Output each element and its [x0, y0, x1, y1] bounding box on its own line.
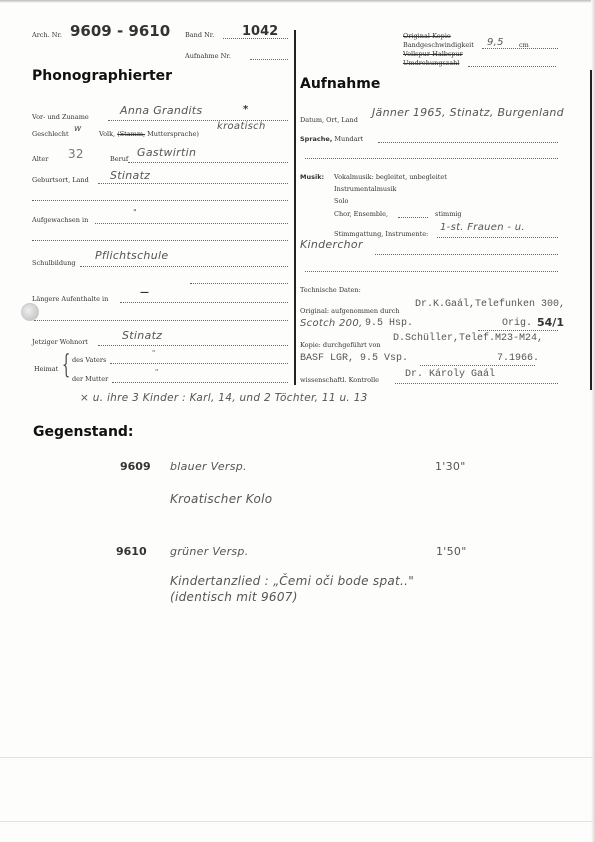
alter-value: 32: [68, 147, 84, 161]
umdrehungszahl-line: [468, 66, 556, 67]
item-duration: 1'50": [436, 545, 467, 558]
technische-daten-label: Technische Daten:: [300, 286, 361, 294]
volk-label-text: Volk,: [99, 130, 115, 138]
original-value-2-handwritten: Scotch 200,: [300, 318, 362, 329]
schulbildung-line-2: [190, 283, 288, 284]
musik-item: Instrumentalmusik: [334, 185, 396, 193]
schulbildung-label: Schulbildung: [32, 259, 76, 267]
original-value-2-orig: Orig.: [502, 318, 532, 329]
vollspur-halbspur: Vollspur-Halbspur: [403, 50, 463, 58]
aufgewachsen-label: Aufgewachsen in: [32, 216, 88, 224]
scan-artifact: [0, 757, 595, 758]
item-description: grüner Versp.: [170, 545, 249, 558]
stimmig-label: stimmig: [435, 210, 462, 218]
sprache-label: Sprache, Mundart: [300, 135, 363, 143]
bandgeschwindigkeit-value: 9,5: [487, 37, 504, 48]
aufgewachsen-value: ": [133, 208, 137, 217]
band-nr-value: 1042: [242, 24, 278, 39]
schulbildung-value: Pflichtschule: [95, 249, 168, 262]
item-note: (identisch mit 9607): [170, 590, 298, 604]
kopie-value-2: BASF LGR, 9.5 Vsp.: [300, 353, 408, 364]
wohnort-line: [98, 345, 288, 346]
musik-item: Chor, Ensemble,: [334, 210, 388, 218]
umdrehungszahl: Umdrehungszahl: [403, 59, 459, 67]
kopie-date: 7.1966.: [497, 353, 539, 364]
stimmgattung-label: Stimmgattung, Instrumente:: [334, 230, 428, 238]
punch-hole: [21, 303, 39, 321]
kopie-value-1: D.Schüller,Telef.M23-M24,: [393, 333, 543, 344]
laengere-aufenthalte-label: Längere Aufenthalte in: [32, 295, 108, 303]
column-divider: [294, 30, 296, 385]
beruf-value: Gastwirtin: [137, 146, 196, 159]
name-mark: *: [243, 104, 248, 115]
wohnort-value: Stinatz: [122, 329, 162, 342]
mundart-label: Mundart: [334, 135, 363, 143]
aufgewachsen-line: [95, 223, 288, 224]
stimmgattung-value-2: Kinderchor: [300, 238, 363, 251]
sprache-label-bold: Sprache,: [300, 135, 332, 143]
kopie-date-line: [420, 365, 535, 366]
aufnahme-nr-label: Aufnahme Nr.: [185, 52, 231, 60]
geburtsort-line: [98, 183, 288, 184]
name-value: Anna Grandits: [120, 104, 202, 117]
datum-label: Datum, Ort, Land: [300, 116, 358, 124]
musik-label: Musik:: [300, 173, 324, 181]
stimmgattung-line-3: [305, 271, 558, 272]
muttersprache-label: Muttersprache): [147, 130, 199, 138]
wohnort-label: Jetziger Wohnort: [32, 338, 88, 346]
kopie-label: Kopie: durchgeführt von: [300, 341, 381, 349]
kontrolle-line: [395, 383, 558, 384]
aufgewachsen-line-2: [32, 240, 288, 241]
page-edge: [0, 0, 595, 3]
item-title: Kindertanzlied : „Čemi oči bode spat..": [170, 574, 414, 588]
original-value-1: Dr.K.Gaál,Telefunken 300,: [415, 299, 565, 310]
right-border: [590, 70, 592, 390]
aufnahme-nr-line: [250, 59, 288, 60]
sprache-line: [378, 142, 558, 143]
arch-nr-label: Arch. Nr.: [32, 31, 62, 39]
geschlecht-label: Geschlecht: [32, 130, 69, 138]
stimmgattung-value: 1-st. Frauen - u.: [440, 222, 525, 233]
mutter-line: [112, 382, 288, 383]
vater-value: ": [152, 349, 156, 357]
band-nr-label: Band Nr.: [185, 31, 214, 39]
gegenstand-heading: Gegenstand:: [33, 424, 134, 440]
sprache-line-2: [305, 158, 558, 159]
kontrolle-value: Dr. Károly Gaál: [405, 369, 495, 380]
phonographierter-heading: Phonographierter: [32, 68, 172, 84]
musik-item: Solo: [334, 197, 348, 205]
arch-nr-value: 9609 - 9610: [70, 22, 170, 40]
mutter-label: der Mutter: [72, 375, 108, 383]
item-description: blauer Versp.: [170, 460, 247, 473]
mutter-value: ": [155, 368, 159, 376]
stimmgattung-line-2: [375, 254, 558, 255]
kontrolle-label: wissenschaftl. Kontrolle: [300, 376, 379, 384]
beruf-line: [128, 162, 288, 163]
bandgeschwindigkeit-unit: cm: [519, 41, 529, 49]
volk-value: kroatisch: [217, 121, 266, 132]
geschlecht-value: w: [74, 124, 82, 134]
original-value-2-speed: 9.5 Hsp.: [365, 318, 413, 329]
beruf-label: Beruf: [110, 155, 128, 163]
item-title: Kroatischer Kolo: [170, 492, 272, 506]
item-number: 9609: [120, 460, 151, 473]
vater-line: [110, 363, 288, 364]
laengere-value: —: [140, 288, 149, 298]
original-label: Original: aufgenommen durch: [300, 307, 399, 315]
laengere-line: [120, 302, 288, 303]
footnote-handwritten: × u. ihre 3 Kinder : Karl, 14, und 2 Töc…: [80, 392, 368, 404]
alter-label: Alter: [32, 155, 48, 163]
volk-label: Volk, (Stamm, Muttersprache): [99, 130, 199, 138]
scan-artifact: [0, 821, 595, 822]
stamm-label-struck: (Stamm,: [117, 130, 145, 138]
orig-line: [478, 330, 558, 331]
original-value-2-number: 54/1: [537, 316, 564, 329]
item-duration: 1'30": [435, 460, 466, 473]
geburtsort-line-2: [32, 200, 288, 201]
bandgeschwindigkeit-label: Bandgeschwindigkeit: [403, 41, 474, 49]
item-number: 9610: [116, 545, 147, 558]
stimmig-line: [398, 217, 428, 218]
original-kopie: Original-Kopie: [403, 32, 451, 40]
geburtsort-value: Stinatz: [110, 169, 150, 182]
aufnahme-heading: Aufnahme: [300, 76, 380, 92]
datum-value: Jänner 1965, Stinatz, Burgenland: [372, 106, 564, 119]
heimat-brace: {: [62, 352, 70, 378]
schulbildung-line: [80, 266, 288, 267]
musik-item: Vokalmusik: begleitet, unbegleitet: [334, 173, 447, 181]
vater-label: des Vaters: [72, 356, 106, 364]
geburtsort-label: Geburtsort, Land: [32, 176, 89, 184]
stimmgattung-line: [437, 237, 558, 238]
heimat-label: Heimat: [34, 365, 58, 373]
laengere-line-2: [34, 320, 288, 321]
name-label: Vor- und Zuname: [32, 113, 89, 121]
